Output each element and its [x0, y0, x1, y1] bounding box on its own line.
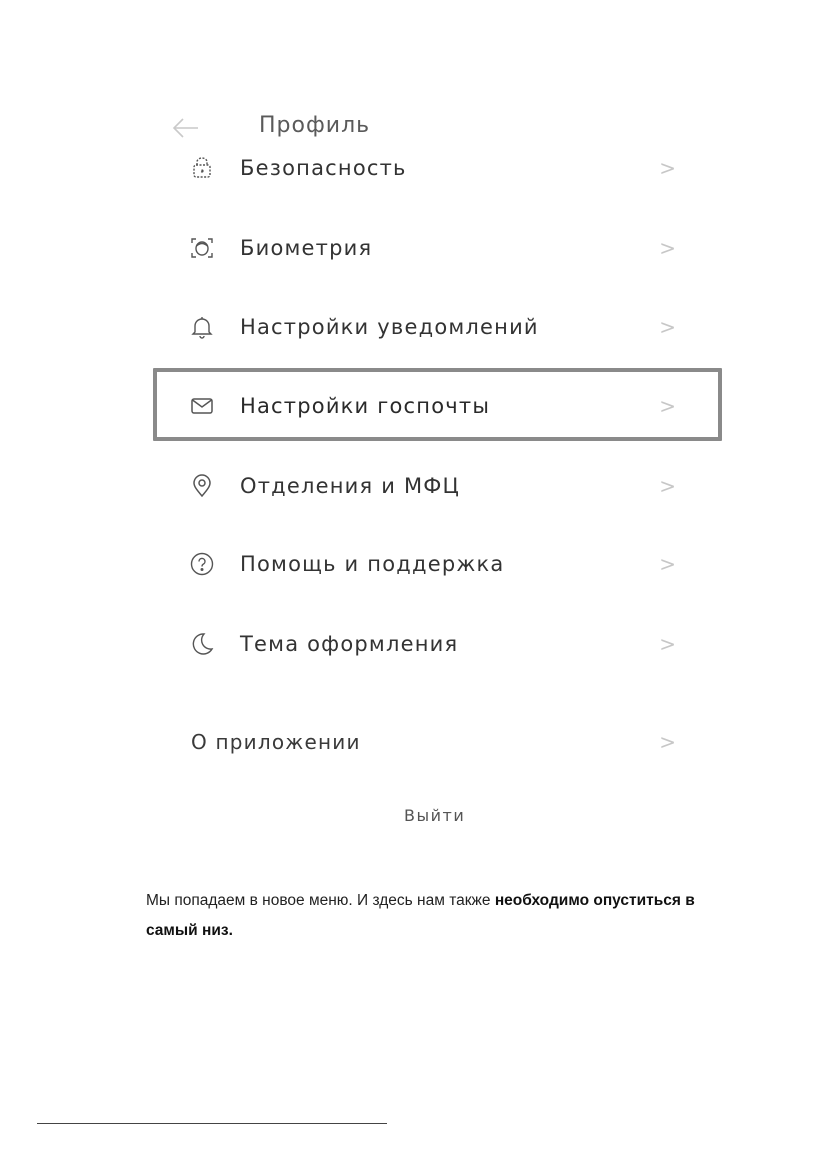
menu-item-label: О приложении [191, 730, 361, 754]
chevron-right-icon: > [659, 632, 676, 656]
chevron-right-icon: > [659, 474, 676, 498]
lock-icon [186, 152, 218, 184]
bell-icon [186, 311, 218, 343]
menu-item-label: Настройки госпочты [240, 394, 490, 418]
menu-item-help[interactable]: Помощь и поддержка > [186, 544, 686, 584]
help-circle-icon [186, 548, 218, 580]
location-pin-icon [186, 470, 218, 502]
chevron-right-icon: > [659, 315, 676, 339]
document-page: Профиль Безопасность > Биометрия > [0, 0, 826, 1169]
face-scan-icon [186, 232, 218, 264]
menu-item-label: Тема оформления [240, 632, 458, 656]
menu-item-label: Отделения и МФЦ [240, 474, 460, 498]
profile-header: Профиль [170, 113, 570, 147]
chevron-right-icon: > [659, 394, 676, 418]
page-title: Профиль [259, 113, 370, 138]
mail-icon [186, 390, 218, 422]
instruction-caption: Мы попадаем в новое меню. И здесь нам та… [146, 886, 746, 946]
menu-item-about[interactable]: О приложении > [191, 722, 686, 762]
menu-item-biometrics[interactable]: Биометрия > [186, 228, 686, 268]
logout-button[interactable]: Выйти [404, 806, 465, 825]
menu-item-label: Помощь и поддержка [240, 552, 504, 576]
chevron-right-icon: > [659, 730, 676, 754]
menu-item-notifications[interactable]: Настройки уведомлений > [186, 307, 686, 347]
caption-regular-text: Мы попадаем в новое меню. И здесь нам та… [146, 892, 495, 909]
menu-item-label: Настройки уведомлений [240, 315, 539, 339]
chevron-right-icon: > [659, 552, 676, 576]
menu-item-theme[interactable]: Тема оформления > [186, 624, 686, 664]
arrow-left-icon [170, 126, 200, 145]
menu-item-label: Биометрия [240, 236, 372, 260]
menu-item-security[interactable]: Безопасность > [186, 148, 686, 188]
chevron-right-icon: > [659, 156, 676, 180]
chevron-right-icon: > [659, 236, 676, 260]
footnote-divider [37, 1123, 387, 1124]
menu-item-gosmail-settings[interactable]: Настройки госпочты > [186, 386, 686, 426]
menu-item-label: Безопасность [240, 156, 407, 180]
menu-item-offices[interactable]: Отделения и МФЦ > [186, 466, 686, 506]
moon-icon [186, 628, 218, 660]
back-button[interactable] [170, 115, 204, 143]
